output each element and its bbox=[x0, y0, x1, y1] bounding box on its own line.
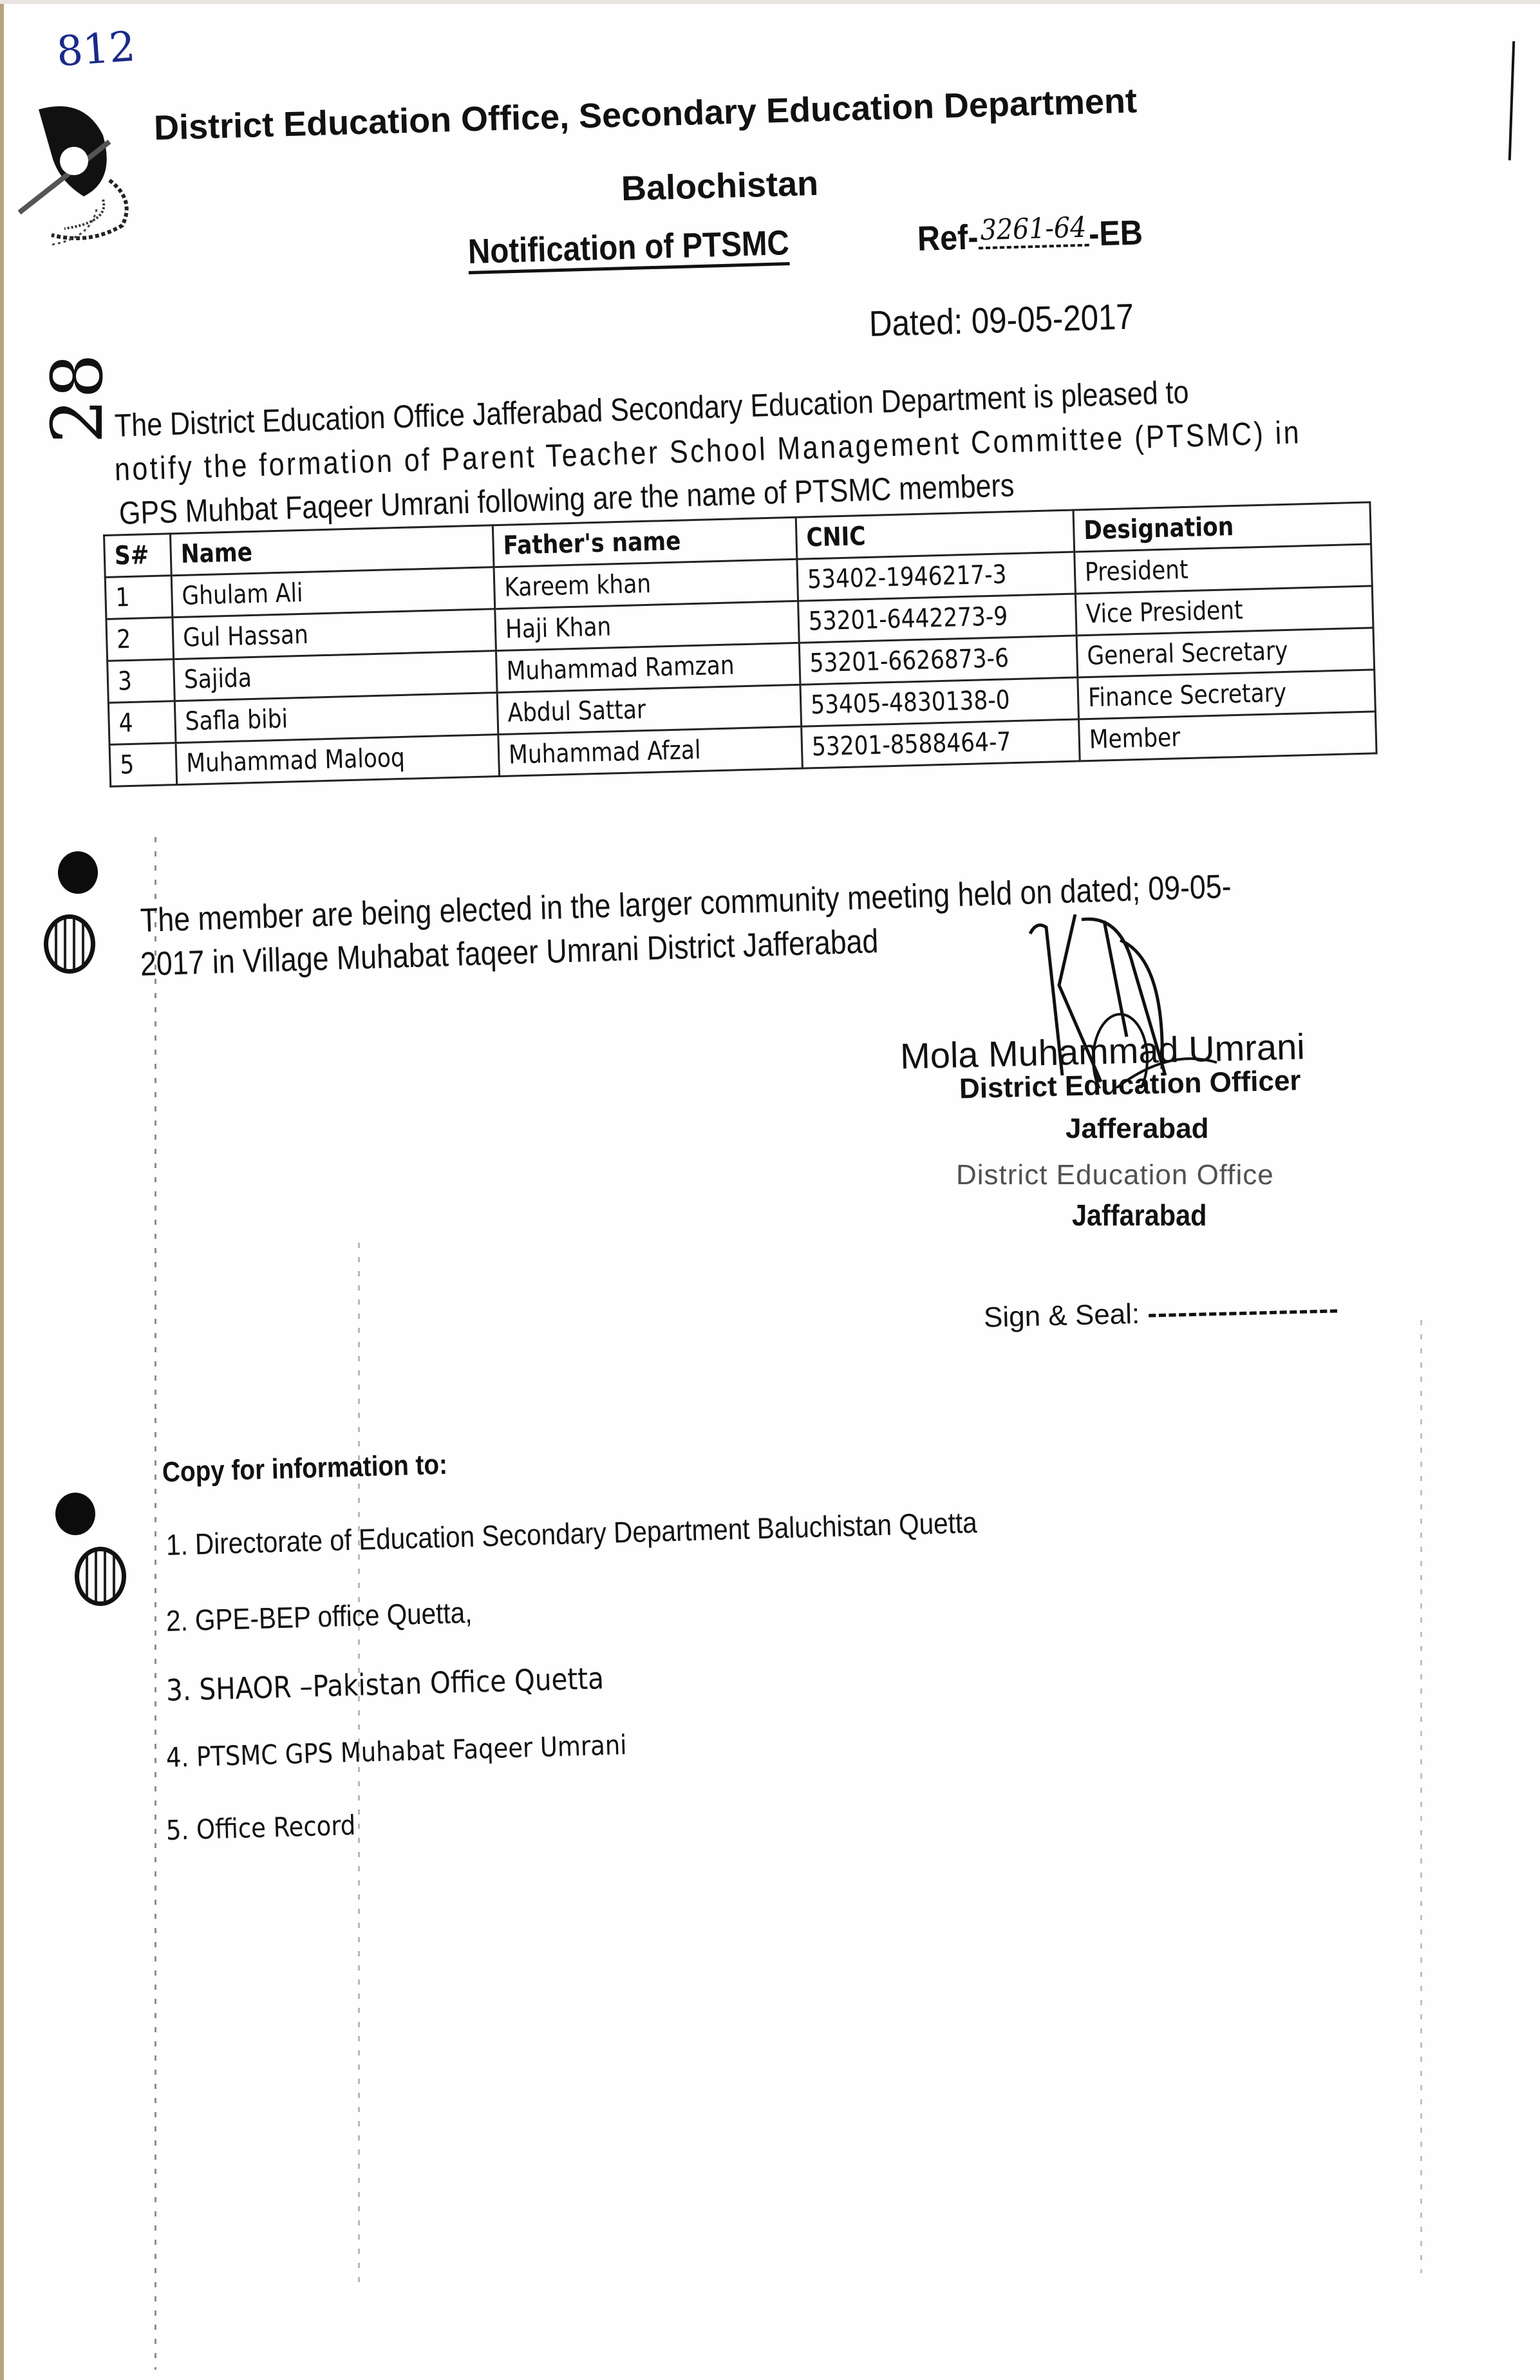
paper-edge-top bbox=[0, 0, 1540, 4]
copy-list-item: 2. GPE-BEP office Quetta, bbox=[165, 1595, 473, 1638]
reference-number: Ref-3261-64-EB bbox=[917, 212, 1143, 259]
cell-sn: 4 bbox=[108, 701, 176, 745]
punch-hole-reinforced bbox=[44, 914, 95, 974]
cell-cnic: 53201-6626873-6 bbox=[799, 636, 1078, 685]
cell-sn: 2 bbox=[106, 618, 174, 661]
cell-cnic: 53402-1946217-3 bbox=[797, 552, 1076, 601]
notification-date: Dated: 09-05-2017 bbox=[869, 296, 1134, 345]
cell-designation: President bbox=[1075, 544, 1373, 594]
punch-hole bbox=[55, 1493, 95, 1535]
cell-designation: Member bbox=[1079, 712, 1377, 761]
cell-father: Muhammad Afzal bbox=[498, 726, 803, 776]
scanned-notification-page: 812 28 District Education Office, Second… bbox=[0, 0, 1540, 2380]
office-stamp-place: Jaffarabad bbox=[1072, 1198, 1207, 1232]
copy-list-heading: Copy for information to: bbox=[162, 1449, 447, 1489]
ref-suffix: -EB bbox=[1088, 213, 1143, 253]
cell-designation: Finance Secretary bbox=[1078, 670, 1376, 719]
cell-father: Haji Khan bbox=[495, 601, 800, 650]
sign-and-seal-field: Sign & Seal: ------------------- bbox=[983, 1293, 1339, 1334]
paper-edge bbox=[0, 0, 4, 2380]
cell-designation: Vice President bbox=[1075, 586, 1373, 636]
margin-pen-stroke bbox=[1508, 41, 1515, 160]
ref-prefix: Ref- bbox=[917, 218, 979, 258]
office-title: District Education Office, Secondary Edu… bbox=[153, 80, 1137, 148]
cell-name: Muhammad Malooq bbox=[176, 735, 500, 785]
copy-list-item: 3. SHAOR –Pakistan Office Quetta bbox=[165, 1661, 604, 1708]
handwritten-page-number: 812 bbox=[55, 23, 137, 76]
cell-father: Abdul Sattar bbox=[497, 685, 802, 734]
cell-sn: 3 bbox=[108, 659, 175, 703]
column-header-father: Father's name bbox=[493, 517, 797, 567]
punch-hole bbox=[58, 851, 98, 894]
sign-seal-blank: ------------------- bbox=[1147, 1293, 1340, 1329]
cell-cnic: 53201-8588464-7 bbox=[802, 719, 1080, 768]
copy-list-item: 4. PTSMC GPS Muhabat Faqeer Umrani bbox=[165, 1729, 627, 1773]
column-header-cnic: CNIC bbox=[796, 510, 1075, 559]
column-header-sn: S# bbox=[104, 534, 172, 578]
notification-title: Notification of PTSMC bbox=[467, 223, 789, 272]
copy-list-item: 1. Directorate of Education Secondary De… bbox=[165, 1505, 977, 1562]
province-title: Balochistan bbox=[621, 164, 819, 209]
office-stamp-text: District Education Office bbox=[956, 1159, 1274, 1191]
ptsmc-members-table: S# Name Father's name CNIC Designation 1… bbox=[103, 501, 1378, 787]
cell-designation: General Secretary bbox=[1076, 628, 1375, 677]
cell-father: Muhammad Ramzan bbox=[496, 643, 800, 692]
copy-list-item: 5. Office Record bbox=[165, 1809, 356, 1846]
cell-cnic: 53201-6442273-9 bbox=[798, 594, 1077, 643]
column-header-designation: Designation bbox=[1073, 502, 1371, 552]
cell-cnic: 53405-4830138-0 bbox=[800, 677, 1079, 726]
scan-streak bbox=[1420, 1320, 1422, 2273]
members-table-container: S# Name Father's name CNIC Designation 1… bbox=[103, 501, 1397, 788]
cell-sn: 5 bbox=[109, 743, 177, 787]
scan-streak bbox=[155, 837, 156, 2370]
handwritten-margin-number: 28 bbox=[36, 354, 118, 444]
sign-seal-label: Sign & Seal: bbox=[983, 1298, 1140, 1334]
cell-father: Kareem khan bbox=[494, 559, 798, 609]
ref-number-handwritten: 3261-64 bbox=[977, 211, 1089, 250]
signatory-place: Jafferabad bbox=[1066, 1113, 1209, 1145]
punch-hole-reinforced bbox=[75, 1547, 126, 1606]
cell-sn: 1 bbox=[105, 576, 173, 619]
government-emblem-icon bbox=[13, 84, 142, 251]
